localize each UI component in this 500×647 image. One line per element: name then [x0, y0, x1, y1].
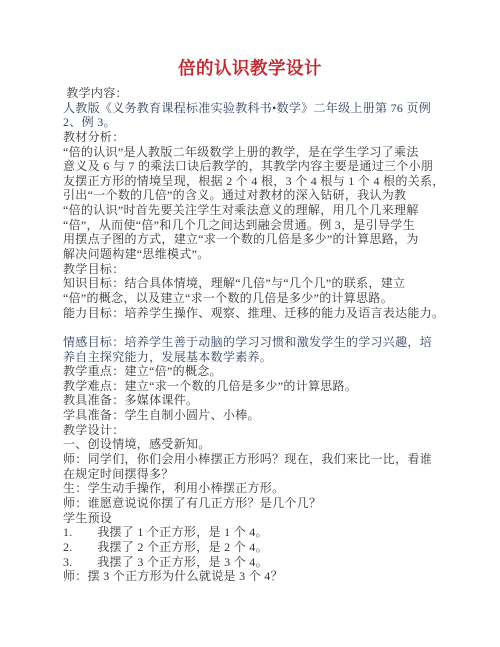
text-line: 2、例 3。	[63, 115, 453, 130]
text-line: 教学设计：	[63, 423, 453, 438]
text-line: 教学重点：建立“倍”的概念。	[63, 364, 453, 379]
text-line: “倍的认识”是人教版二年级数学上册的教学，是在学生学习了乘法	[63, 145, 453, 160]
text-line: 能力目标：培养学生操作、观察、推理、迁移的能力及语言表达能力。	[63, 306, 453, 321]
text-line: 养自主探究能力，发展基本数学素养。	[63, 350, 453, 365]
text-line: “倍”的概念，以及建立“求一个数的几倍是多少”的计算思路。	[63, 291, 453, 306]
text-line: 教具准备：多媒体课件。	[63, 393, 453, 408]
text-line: 引出“一个数的几倍”的含义。通过对教材的深入钻研，我认为教	[63, 188, 453, 203]
text-line: 1. 我摆了 1 个正方形，是 1 个 4。	[63, 525, 453, 540]
text-line: 师：同学们，你们会用小棒摆正方形吗？现在，我们来比一比，看谁	[63, 452, 453, 467]
text-line: 教学目标：	[63, 262, 453, 277]
text-line: 解决问题构建“思维模式”。	[63, 247, 453, 262]
text-line: 教学难点：建立“求一个数的几倍是多少”的计算思路。	[63, 379, 453, 394]
text-line: 一、创设情境，感受新知。	[63, 437, 453, 452]
text-line: 友摆正方形的情境呈现，根据 2 个 4 根，3 个 4 根与 1 个 4 根的关…	[63, 174, 453, 189]
text-line: 3. 我摆了 3 个正方形，是 3 个 4。	[63, 555, 453, 570]
text-line: 师：谁愿意说说你摆了有几正方形？是几个几？	[63, 496, 453, 511]
text-line: “倍”，从而使“倍”和几个几之间达到融会贯通。例 3，是引导学生	[63, 218, 453, 233]
text-line: 学生预设	[63, 511, 453, 526]
text-line: 在规定时间摆得多？	[63, 467, 453, 482]
text-line: 情感目标：培养学生善于动脑的学习习惯和激发学生的学习兴趣，培	[63, 335, 453, 350]
text-line: 用摆点子图的方式，建立“求一个数的几倍是多少”的计算思路，为	[63, 232, 453, 247]
document-page: 倍的认识教学设计 教学内容：人教版《义务教育课程标准实验教科书•数学》二年级上册…	[0, 0, 500, 647]
document-title: 倍的认识教学设计	[0, 56, 500, 80]
text-line: 2. 我摆了 2 个正方形，是 2 个 4。	[63, 540, 453, 555]
text-line: 意义及 6 与 7 的乘法口诀后教学的，其教学内容主要是通过三个小朋	[63, 159, 453, 174]
text-line: 师：摆 3 个正方形为什么就说是 3 个 4？	[63, 569, 453, 584]
text-line: 人教版《义务教育课程标准实验教科书•数学》二年级上册第 76 页例	[63, 101, 453, 116]
text-line: 教材分析：	[63, 130, 453, 145]
text-line: 知识目标：结合具体情境，理解“几倍”与“几个几”的联系，建立	[63, 276, 453, 291]
text-line: 学具准备：学生自制小圆片、小棒。	[63, 408, 453, 423]
text-line: 教学内容：	[63, 86, 453, 101]
text-line	[63, 320, 453, 335]
document-body: 教学内容：人教版《义务教育课程标准实验教科书•数学》二年级上册第 76 页例2、…	[63, 86, 453, 584]
text-line: “倍的认识”时首先要关注学生对乘法意义的理解，用几个几来理解	[63, 203, 453, 218]
text-line: 生：学生动手操作，利用小棒摆正方形。	[63, 481, 453, 496]
